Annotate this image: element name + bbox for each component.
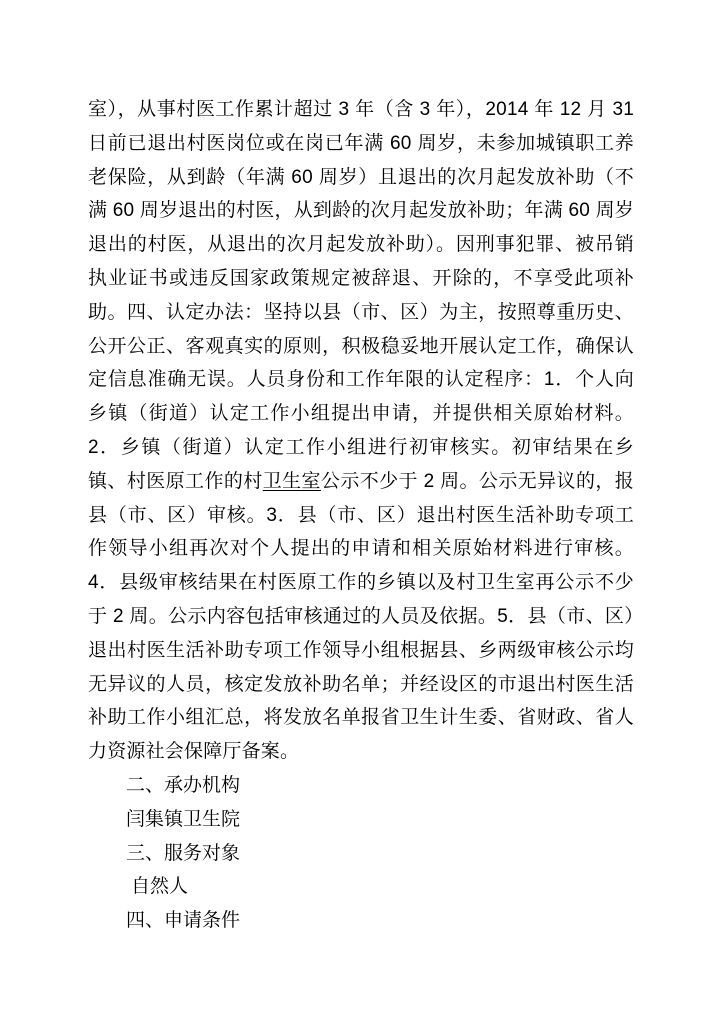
section-content-organizer-name: 闫集镇卫生院 xyxy=(88,803,634,837)
section-heading-three-service-target: 三、服务对象 xyxy=(88,837,634,871)
section-heading-two-organizer: 二、承办机构 xyxy=(88,769,634,803)
document-body: 室），从事村医工作累计超过 3 年（含 3 年），2014 年 12 月 31 … xyxy=(88,93,634,938)
document-page: 室），从事村医工作累计超过 3 年（含 3 年），2014 年 12 月 31 … xyxy=(0,0,715,1011)
paragraph-text-after-underline: 公示不少于 2 周。公示无异议的，报县（市、区）审核。3．县（市、区）退出村医生… xyxy=(88,471,634,762)
underlined-text: 卫生室 xyxy=(263,471,321,492)
section-content-service-target: 自然人 xyxy=(88,870,634,904)
body-paragraph: 室），从事村医工作累计超过 3 年（含 3 年），2014 年 12 月 31 … xyxy=(88,93,634,769)
paragraph-text-before-underline: 室），从事村医工作累计超过 3 年（含 3 年），2014 年 12 月 31 … xyxy=(88,99,634,492)
section-heading-four-application-conditions: 四、申请条件 xyxy=(88,904,634,938)
